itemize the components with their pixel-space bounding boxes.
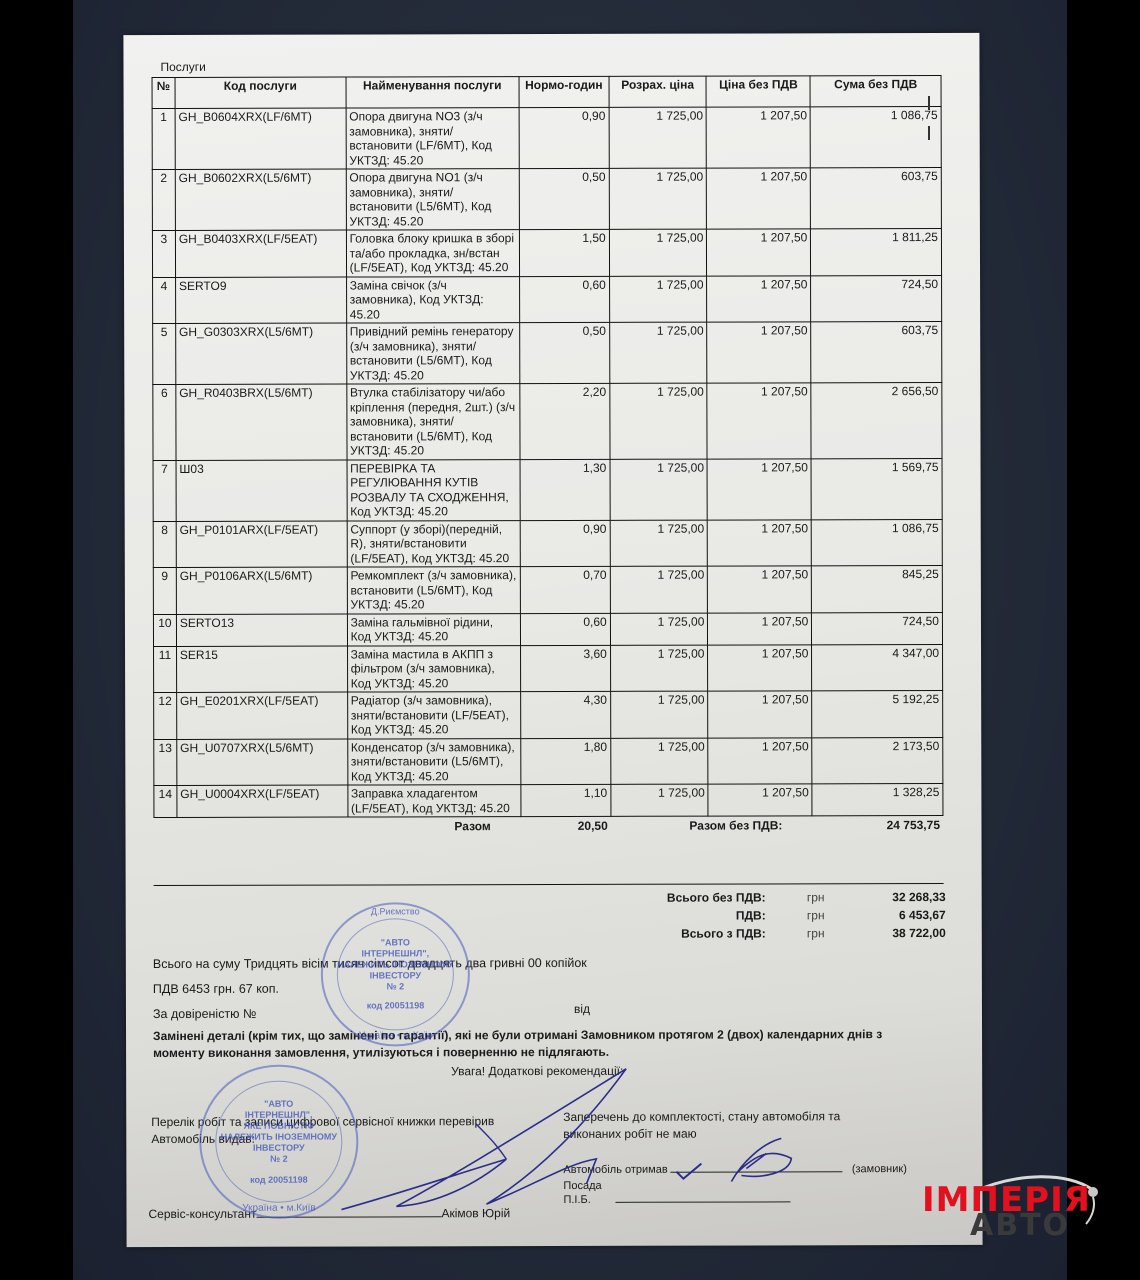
row-name: Заправка хладагентом (LF/5EAT), Код УКТЗ… xyxy=(347,785,520,817)
row-index: 13 xyxy=(154,739,177,786)
table-row: 1GH_B0604XRX(LF/6MT)Опора двигуна NO3 (з… xyxy=(152,106,941,169)
total-hours: 20,50 xyxy=(521,816,611,834)
row-sum-no-vat: 4 347,00 xyxy=(812,644,943,691)
row-hours: 0,50 xyxy=(519,322,609,383)
row-name: ПЕРЕВІРКА ТА РЕГУЛЮВАННЯ КУТІВ РОЗВАЛУ Т… xyxy=(347,459,520,520)
row-price-no-vat: 1 207,50 xyxy=(707,458,811,519)
row-code: Ш03 xyxy=(176,460,347,521)
row-code: SERTO9 xyxy=(175,277,346,324)
summary-row-with-vat: Всього з ПДВ: грн 38 722,00 xyxy=(566,924,946,943)
row-hours: 4,30 xyxy=(520,691,610,738)
totals-summary: Всього без ПДВ: грн 32 268,33 ПДВ: грн 6… xyxy=(566,888,946,943)
total-sum-label: Разом без ПДВ: xyxy=(611,816,813,835)
row-sum-no-vat: 1 086,75 xyxy=(810,106,941,167)
row-index: 7 xyxy=(153,460,176,521)
row-price-no-vat: 1 207,50 xyxy=(707,383,811,459)
row-hours: 0,50 xyxy=(519,168,609,229)
full-name-row: П.І.Б. xyxy=(563,1193,790,1206)
row-price-no-vat: 1 207,50 xyxy=(708,566,812,613)
table-row: 7Ш03ПЕРЕВІРКА ТА РЕГУЛЮВАННЯ КУТІВ РОЗВА… xyxy=(153,458,942,521)
row-sum-no-vat: 845,25 xyxy=(812,565,943,612)
row-index: 3 xyxy=(152,230,175,277)
row-sum-no-vat: 724,50 xyxy=(812,612,943,644)
row-name: Головка блоку кришка в зборі та/або прок… xyxy=(346,230,519,277)
car-received-row: Автомобіль отримав (замовник) xyxy=(563,1163,907,1176)
power-of-attorney-from: від xyxy=(574,1002,590,1016)
table-total-row: Разом 20,50 Разом без ПДВ: 24 753,75 xyxy=(154,815,943,835)
row-calc-price: 1 725,00 xyxy=(610,566,708,613)
row-calc-price: 1 725,00 xyxy=(609,229,707,276)
customer-signature xyxy=(671,1133,801,1188)
disposal-notice: Замінені деталі (крім тих, що замінені п… xyxy=(153,1026,933,1062)
row-price-no-vat: 1 207,50 xyxy=(707,322,811,383)
row-index: 10 xyxy=(153,614,176,646)
row-code: GH_B0602XRX(L5/6MT) xyxy=(175,169,346,230)
table-row: 6GH_R0403BRX(L5/6MT)Втулка стабілізатору… xyxy=(153,382,942,460)
divider xyxy=(154,883,944,886)
row-sum-no-vat: 2 656,50 xyxy=(811,382,942,458)
vat-text: ПДВ 6453 грн. 67 коп. xyxy=(153,982,279,996)
position-label: Посада xyxy=(563,1180,601,1192)
row-code: GH_B0604XRX(LF/6MT) xyxy=(175,108,346,169)
row-hours: 1,50 xyxy=(519,229,609,276)
table-row: 12GH_E0201XRX(LF/5EAT)Радіатор (з/ч замо… xyxy=(154,690,943,739)
pencil-mark xyxy=(928,96,931,144)
row-price-no-vat: 1 207,50 xyxy=(707,229,811,276)
row-hours: 0,90 xyxy=(520,520,610,567)
row-index: 2 xyxy=(152,169,175,230)
row-sum-no-vat: 603,75 xyxy=(811,167,942,228)
row-name: Втулка стабілізатору чи/або кріплення (п… xyxy=(346,384,519,460)
row-code: GH_U0004XRX(LF/5EAT) xyxy=(177,785,348,817)
row-calc-price: 1 725,00 xyxy=(610,645,708,692)
row-name: Конденсатор (з/ч замовника), зняти/встан… xyxy=(347,738,520,785)
row-hours: 0,60 xyxy=(519,276,609,323)
row-sum-no-vat: 724,50 xyxy=(811,275,942,322)
row-calc-price: 1 725,00 xyxy=(609,322,707,383)
table-row: 5GH_G0303XRX(L5/6MT)Привідний ремінь ген… xyxy=(153,321,942,384)
row-code: GH_U0707XRX(L5/6MT) xyxy=(177,739,348,786)
row-calc-price: 1 725,00 xyxy=(610,520,708,567)
row-index: 8 xyxy=(153,521,176,568)
summary-row-vat: ПДВ: грн 6 453,67 xyxy=(566,906,946,925)
customer-signature-line xyxy=(671,1171,843,1172)
row-price-no-vat: 1 207,50 xyxy=(708,644,812,691)
row-index: 12 xyxy=(154,692,177,739)
row-name: Радіатор (з/ч замовника), зняти/встанови… xyxy=(347,692,520,739)
row-hours: 1,80 xyxy=(521,738,611,785)
no-objections-line1: Заперечень до комплектості, стану автомо… xyxy=(563,1109,840,1124)
section-title: Послуги xyxy=(160,60,205,74)
row-price-no-vat: 1 207,50 xyxy=(707,168,811,229)
row-calc-price: 1 725,00 xyxy=(611,738,709,785)
consultant-name: Акімов Юрій xyxy=(441,1206,510,1220)
row-name: Привідний ремінь генератору (з/ч замовни… xyxy=(346,323,519,384)
row-name: Суппорт (у зборі)(передній, R), зняти/вс… xyxy=(347,520,520,567)
row-index: 14 xyxy=(154,785,177,817)
table-row: 2GH_B0602XRX(L5/6MT)Опора двигуна NO1 (з… xyxy=(152,167,941,230)
customer-role: (замовник) xyxy=(852,1163,907,1175)
row-code: GH_E0201XRX(LF/5EAT) xyxy=(176,692,347,739)
row-hours: 0,60 xyxy=(520,613,610,645)
row-code: GH_G0303XRX(L5/6MT) xyxy=(176,323,347,384)
row-index: 6 xyxy=(153,384,176,460)
row-sum-no-vat: 2 173,50 xyxy=(812,737,943,784)
header-calc-price: Розрах. ціна xyxy=(609,76,707,107)
row-name: Опора двигуна NO1 (з/ч замовника), зняти… xyxy=(346,169,519,230)
row-price-no-vat: 1 207,50 xyxy=(708,784,812,816)
header-index: № xyxy=(152,77,175,108)
power-of-attorney-label: За довіреністю № xyxy=(153,1007,257,1021)
header-name: Найменування послуги xyxy=(346,77,519,108)
row-price-no-vat: 1 207,50 xyxy=(707,275,811,322)
row-sum-no-vat: 1 811,25 xyxy=(811,228,942,275)
header-price-no-vat: Ціна без ПДВ xyxy=(706,76,810,107)
row-index: 11 xyxy=(154,646,177,693)
company-stamp-2: "АВТО ІНТЕРНЕШНЛ", ЯКЕ ПОВНІСТЮ НАЛЕЖИТЬ… xyxy=(199,1065,358,1219)
total-sum: 24 753,75 xyxy=(812,815,943,833)
row-calc-price: 1 725,00 xyxy=(611,784,709,816)
row-name: Заміна мастила в АКПП з фільтром (з/ч за… xyxy=(347,645,520,692)
row-price-no-vat: 1 207,50 xyxy=(708,691,812,738)
table-header-row: № Код послуги Найменування послуги Нормо… xyxy=(152,75,941,108)
row-hours: 3,60 xyxy=(520,645,610,692)
company-stamp: Д.Риємство "АВТО ІНТЕРНЕШНЛ", НАЛЕЖИТЬ І… xyxy=(321,902,470,1046)
no-objections-line2: виконаних робіт не маю xyxy=(563,1127,696,1141)
row-index: 9 xyxy=(153,567,176,614)
header-sum-no-vat: Сума без ПДВ xyxy=(810,75,941,106)
row-calc-price: 1 725,00 xyxy=(610,691,708,738)
row-sum-no-vat: 5 192,25 xyxy=(812,690,943,737)
table-row: 11SER15Заміна мастила в АКПП з фільтром … xyxy=(154,644,943,693)
row-hours: 0,70 xyxy=(520,566,610,613)
table-row: 9GH_P0106ARX(L5/6MT)Ремкомплект (з/ч зам… xyxy=(153,565,942,614)
row-calc-price: 1 725,00 xyxy=(610,383,708,459)
header-code: Код послуги xyxy=(175,77,346,108)
car-received-label: Автомобіль отримав xyxy=(563,1164,667,1176)
row-code: SERTO13 xyxy=(176,614,347,646)
row-index: 5 xyxy=(153,323,176,384)
row-name: Ремкомплект (з/ч замовника), встановити … xyxy=(347,567,520,614)
row-sum-no-vat: 603,75 xyxy=(811,321,942,382)
row-code: GH_P0106ARX(L5/6MT) xyxy=(176,567,347,614)
row-calc-price: 1 725,00 xyxy=(609,276,707,323)
row-price-no-vat: 1 207,50 xyxy=(708,737,812,784)
row-sum-no-vat: 1 086,75 xyxy=(812,519,943,566)
row-price-no-vat: 1 207,50 xyxy=(708,612,812,644)
row-index: 4 xyxy=(153,277,176,324)
table-row: 4SERTO9Заміна свічок (з/ч замовника), Ко… xyxy=(153,275,942,324)
row-name: Заміна свічок (з/ч замовника), Код УКТЗД… xyxy=(346,276,519,323)
row-hours: 1,10 xyxy=(521,784,611,816)
row-calc-price: 1 725,00 xyxy=(610,613,708,645)
row-name: Заміна гальмівної рідини, Код УКТЗД: 45.… xyxy=(347,613,520,645)
row-code: SER15 xyxy=(176,646,347,693)
imperiya-avto-watermark-logo: ІМПЕРІЯ АВТО xyxy=(908,1180,1098,1240)
full-name-line xyxy=(616,1201,791,1202)
row-code: GH_P0101ARX(LF/5EAT) xyxy=(176,521,347,568)
table-row: 3GH_B0403XRX(LF/5EAT)Головка блоку кришк… xyxy=(152,228,941,277)
table-row: 14GH_U0004XRX(LF/5EAT)Заправка хладагент… xyxy=(154,783,943,817)
row-hours: 1,30 xyxy=(520,459,610,520)
table-row: 10SERTO13Заміна гальмівної рідини, Код У… xyxy=(153,612,942,646)
full-name-label: П.І.Б. xyxy=(563,1194,590,1206)
table-row: 8GH_P0101ARX(LF/5EAT)Суппорт (у зборі)(п… xyxy=(153,519,942,568)
recommendations-label: Увага! Додаткові рекомендації: xyxy=(451,1064,623,1078)
row-index: 1 xyxy=(152,108,175,169)
services-table: № Код послуги Найменування послуги Нормо… xyxy=(152,75,944,836)
row-price-no-vat: 1 207,50 xyxy=(707,107,811,168)
row-price-no-vat: 1 207,50 xyxy=(708,519,812,566)
invoice-document: Послуги № Код послуги Найменування послу… xyxy=(123,33,982,1247)
row-hours: 2,20 xyxy=(520,383,610,459)
row-code: GH_B0403XRX(LF/5EAT) xyxy=(175,230,346,277)
total-label: Разом xyxy=(348,817,521,835)
row-calc-price: 1 725,00 xyxy=(610,459,708,520)
header-hours: Нормо-годин xyxy=(519,76,609,107)
table-row: 13GH_U0707XRX(L5/6MT)Конденсатор (з/ч за… xyxy=(154,737,943,786)
row-calc-price: 1 725,00 xyxy=(609,107,707,168)
row-calc-price: 1 725,00 xyxy=(609,168,707,229)
row-sum-no-vat: 1 328,25 xyxy=(812,783,943,815)
row-code: GH_R0403BRX(L5/6MT) xyxy=(176,384,347,460)
row-hours: 0,90 xyxy=(519,107,609,168)
summary-row-no-vat: Всього без ПДВ: грн 32 268,33 xyxy=(566,888,946,907)
row-name: Опора двигуна NO3 (з/ч замовника), зняти… xyxy=(346,108,519,169)
row-sum-no-vat: 1 569,75 xyxy=(811,458,942,519)
